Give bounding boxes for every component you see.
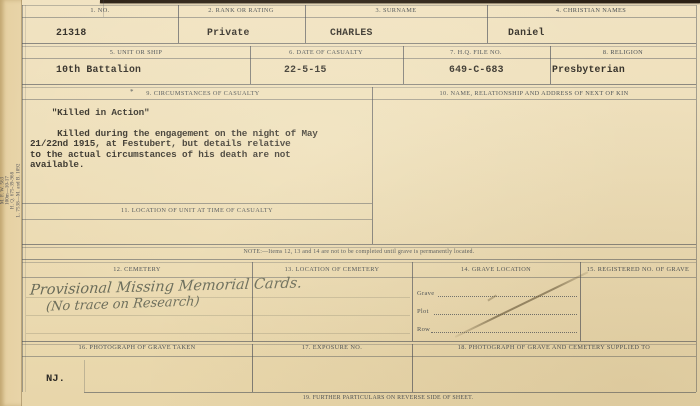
section-label-unit-location: 11. LOCATION OF UNIT AT TIME OF CASUALTY	[121, 207, 273, 214]
rule-line	[22, 247, 696, 248]
section-label-grave-location: 14. GRAVE LOCATION	[461, 266, 531, 273]
rule-line	[22, 259, 696, 260]
field-label-surname: 3. SURNAME	[376, 7, 417, 14]
field-value-religion: Presbyterian	[552, 64, 625, 75]
divider-line	[305, 5, 306, 43]
casualty-register-page: M. F. W. 563 100m—10-17 H. Q. 675-39-968…	[0, 0, 700, 406]
section-label-next-of-kin: 10. NAME, RELATIONSHIP AND ADDRESS OF NE…	[440, 90, 629, 97]
divider-line	[403, 46, 404, 84]
section-label-exposure-no: 17. EXPOSURE NO.	[302, 344, 362, 351]
field-label-christian-names: 4. CHRISTIAN NAMES	[556, 7, 626, 14]
rule-line	[22, 17, 696, 18]
field-label-religion: 8. RELIGION	[603, 49, 643, 56]
field-value-date-of-casualty: 22-5-15	[284, 64, 327, 75]
dotted-fill-line	[434, 314, 577, 315]
field-value-surname: CHARLES	[330, 27, 373, 38]
pencil-stroke	[455, 271, 589, 338]
divider-line	[250, 46, 251, 84]
field-value-no: 21318	[56, 27, 86, 38]
typed-line: 21/22nd 1915, at Festubert, but details …	[30, 138, 318, 148]
typed-line: available.	[30, 159, 318, 169]
divider-line	[487, 5, 488, 43]
dotted-fill-line	[438, 296, 577, 297]
rule-line	[22, 356, 696, 357]
divider-line	[25, 5, 26, 392]
rule-line	[84, 392, 696, 393]
typed-line	[30, 117, 318, 127]
section-label-cemetery-location: 13. LOCATION OF CEMETERY	[285, 266, 380, 273]
printers-stamp: M. F. W. 563 100m—10-17 H. Q. 675-39-968…	[1, 155, 22, 225]
field-label-hq-file-no: 7. H.Q. FILE NO.	[450, 49, 502, 56]
circumstances-asterisk: *	[130, 88, 134, 96]
typed-line: "Killed in Action"	[30, 107, 318, 117]
typed-line: Killed during the engagement on the nigh…	[30, 128, 318, 138]
guide-line	[26, 333, 410, 334]
divider-line	[84, 360, 85, 392]
field-value-hq-file-no: 649-C-683	[449, 64, 504, 75]
divider-line	[178, 5, 179, 43]
rule-line	[22, 46, 696, 47]
rule-line	[22, 341, 696, 342]
section-label-photo-taken: 16. PHOTOGRAPH OF GRAVE TAKEN	[78, 344, 195, 351]
guide-line	[26, 315, 410, 316]
field-label-rank: 2. RANK OR RATING	[208, 7, 274, 14]
rule-line	[22, 99, 696, 100]
section-label-registered-no: 15. REGISTERED NO. OF GRAVE	[587, 266, 690, 273]
plot-row-label: Plot	[417, 308, 429, 315]
rule-line	[22, 58, 696, 59]
divider-line	[252, 344, 253, 392]
grave-row-label: Grave	[417, 290, 434, 297]
rule-line	[22, 244, 696, 245]
field-value-rank: Private	[207, 27, 250, 38]
field-label-date-of-casualty: 6. DATE OF CASUALTY	[289, 49, 363, 56]
rule-line	[22, 84, 696, 85]
page-top-edge-shadow	[100, 0, 700, 3]
rule-line	[22, 87, 696, 88]
divider-line	[22, 5, 23, 392]
section-label-circumstances: 9. CIRCUMSTANCES OF CASUALTY	[146, 90, 259, 97]
divider-line	[412, 262, 413, 341]
divider-line	[550, 46, 551, 84]
rule-line	[22, 203, 372, 204]
divider-line	[696, 5, 697, 392]
typed-line: to the actual circumstances of his death…	[30, 149, 318, 159]
field-value-christian-names: Daniel	[508, 27, 544, 38]
section-label-photo-supplied: 18. PHOTOGRAPH OF GRAVE AND CEMETERY SUP…	[458, 344, 650, 351]
form-note: NOTE:—Items 12, 13 and 14 are not to be …	[244, 249, 475, 255]
field-label-unit: 5. UNIT OR SHIP	[110, 49, 162, 56]
divider-line	[372, 87, 373, 244]
rule-line	[22, 5, 696, 6]
rule-line	[22, 277, 696, 278]
stamp-line: L. 7538—M. and B. 1092	[16, 155, 21, 225]
rule-line	[22, 262, 696, 263]
form-footer: 19. FURTHER PARTICULARS ON REVERSE SIDE …	[303, 395, 473, 401]
divider-line	[412, 344, 413, 392]
circumstances-typed-text: "Killed in Action" Killed during the eng…	[30, 107, 318, 169]
divider-line	[252, 262, 253, 341]
section-label-cemetery: 12. CEMETERY	[113, 266, 161, 273]
field-label-no: 1. NO.	[90, 7, 109, 14]
field-value-unit: 10th Battalion	[56, 64, 141, 75]
row-row-label: Row	[417, 326, 430, 333]
rule-line	[22, 43, 696, 44]
margin-annotation: NJ.	[46, 373, 65, 385]
dotted-fill-line	[431, 332, 577, 333]
rule-line	[22, 219, 372, 220]
